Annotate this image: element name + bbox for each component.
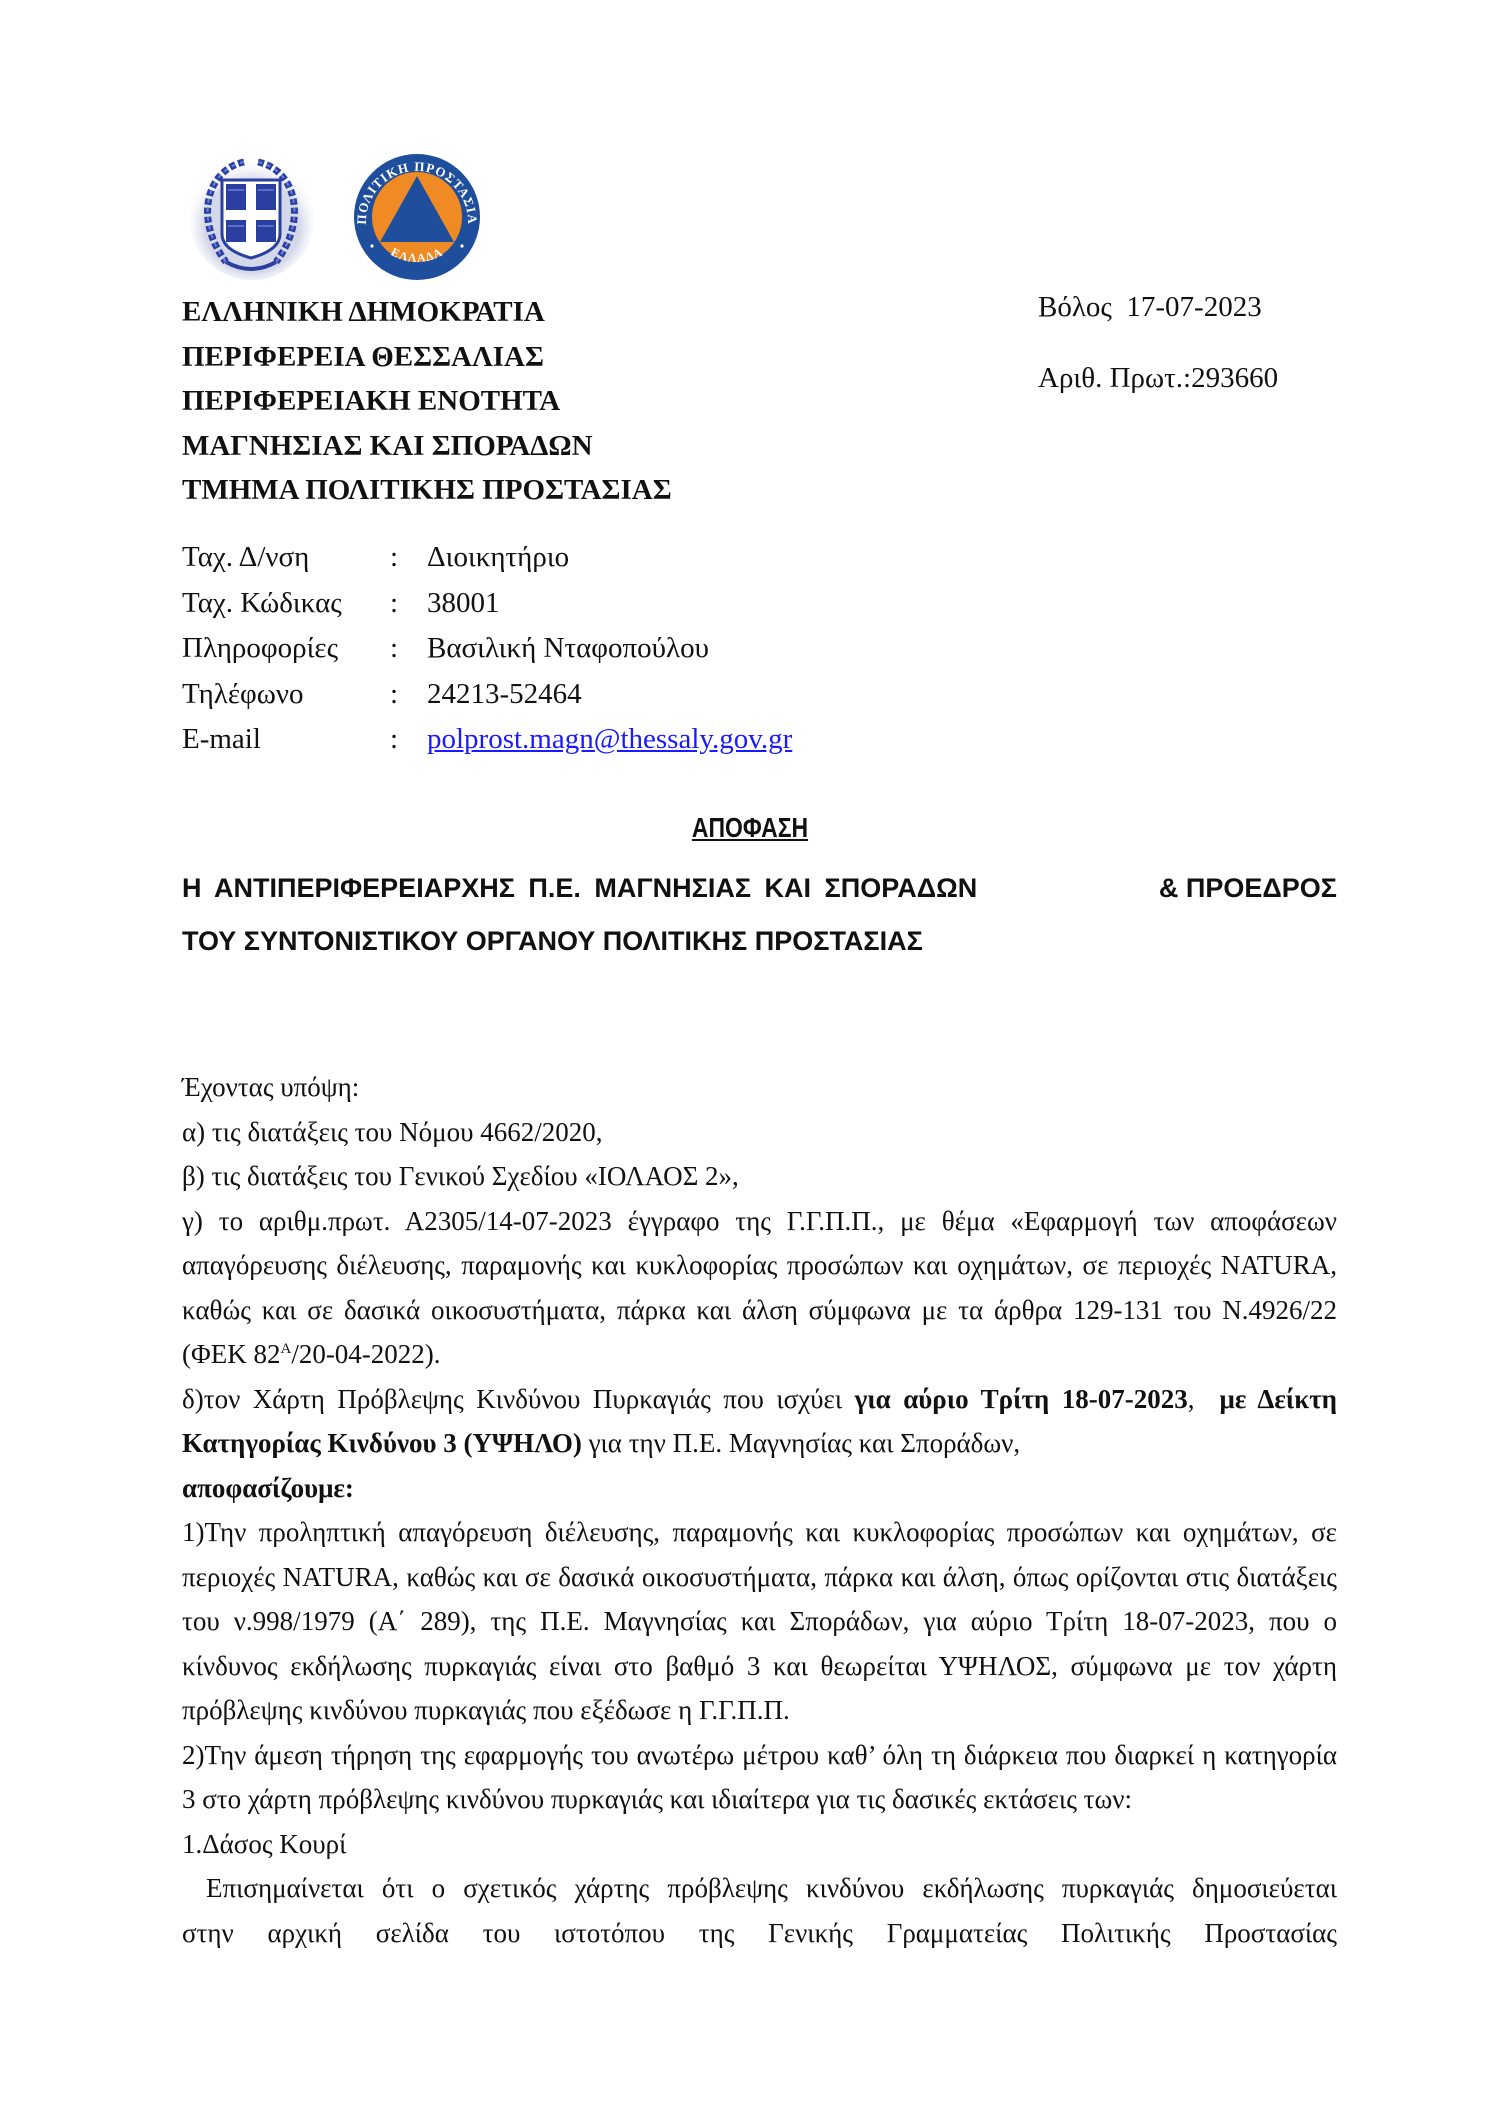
email-link[interactable]: polprost.magn@thessaly.gov.gr [427, 723, 792, 755]
contact-label: Πληροφορίες [182, 626, 390, 672]
header-line: ΠΕΡΙΦΕΡΕΙΑ ΘΕΣΣΑΛΙΑΣ [182, 335, 672, 380]
consideration-c-tail: /20-04-2022). [291, 1339, 440, 1369]
decision-label: αποφασίζουμε: [182, 1466, 1337, 1511]
header-line: ΕΛΛΗΝΙΚΗ ΔΗΜΟΚΡΑΤΙΑ [182, 290, 672, 335]
decision-item-1: 1)Την προληπτική απαγόρευση διέλευσης, π… [182, 1510, 1337, 1733]
consideration-d-text: δ)τον Χάρτη Πρόβλεψης Κινδύνου Πυρκαγιάς… [182, 1384, 855, 1414]
considering-intro: Έχοντας υπόψη: [182, 1065, 1337, 1110]
header-line: ΠΕΡΙΦΕΡΕΙΑΚΗ ΕΝΟΤΗΤΑ [182, 379, 672, 424]
contact-label: Τηλέφωνο [182, 672, 390, 718]
place-date: Βόλος 17-07-2023 [1038, 288, 1278, 326]
contact-value: 38001 [427, 581, 792, 627]
issuing-authority-header: ΕΛΛΗΝΙΚΗ ΔΗΜΟΚΡΑΤΙΑ ΠΕΡΙΦΕΡΕΙΑ ΘΕΣΣΑΛΙΑΣ… [182, 290, 672, 513]
contact-value: 24213-52464 [427, 672, 792, 718]
authority-line-1-left: Η ΑΝΤΙΠΕΡΙΦΕΡΕΙΑΡΧΗΣ Π.Ε. ΜΑΓΝΗΣΙΑΣ ΚΑΙ … [182, 862, 977, 915]
contact-row: Ταχ. Κώδικας : 38001 [182, 581, 792, 627]
decision-authority: Η ΑΝΤΙΠΕΡΙΦΕΡΕΙΑΡΧΗΣ Π.Ε. ΜΑΓΝΗΣΙΑΣ ΚΑΙ … [182, 862, 1337, 968]
consideration-d: δ)τον Χάρτη Πρόβλεψης Κινδύνου Πυρκαγιάς… [182, 1377, 1337, 1466]
separator: : [390, 672, 427, 718]
note-line-2: στην αρχική σελίδα του ιστοτόπου της Γεν… [182, 1911, 1337, 1956]
date-protocol-block: Βόλος 17-07-2023 Αριθ. Πρωτ.:293660 [1038, 288, 1278, 397]
header-line: ΜΑΓΝΗΣΙΑΣ ΚΑΙ ΣΠΟΡΑΔΩΝ [182, 424, 672, 469]
contact-row: Τηλέφωνο : 24213-52464 [182, 672, 792, 718]
contact-value: Διοικητήριο [427, 535, 792, 581]
consideration-a: α) τις διατάξεις του Νόμου 4662/2020, [182, 1110, 1337, 1155]
superscript: Α [280, 1341, 291, 1357]
authority-line-1: Η ΑΝΤΙΠΕΡΙΦΕΡΕΙΑΡΧΗΣ Π.Ε. ΜΑΓΝΗΣΙΑΣ ΚΑΙ … [182, 862, 1337, 915]
separator: : [390, 626, 427, 672]
note-line-1: Επισημαίνεται ότι ο σχετικός χάρτης πρόβ… [182, 1866, 1337, 1911]
contact-info-table: Ταχ. Δ/νση : Διοικητήριο Ταχ. Κώδικας : … [182, 535, 792, 763]
authority-line-2: ΤΟΥ ΣΥΝΤΟΝΙΣΤΙΚΟΥ ΟΡΓΑΝΟΥ ΠΟΛΙΤΙΚΗΣ ΠΡΟΣ… [182, 915, 1337, 968]
separator-text: , [1188, 1384, 1220, 1414]
header-line: ΤΜΗΜΑ ΠΟΛΙΤΙΚΗΣ ΠΡΟΣΤΑΣΙΑΣ [182, 468, 672, 513]
document-body: Έχοντας υπόψη: α) τις διατάξεις του Νόμο… [182, 1065, 1337, 1955]
separator: : [390, 717, 427, 763]
contact-label: Ταχ. Δ/νση [182, 535, 390, 581]
civil-protection-emblem-logo: ΠΟΛΙΤΙΚΗ ΠΡΟΣΤΑΣΙΑ ΕΛΛΑΔΑ [352, 152, 482, 282]
contact-label: E-mail [182, 717, 390, 763]
greek-coat-of-arms-logo [186, 150, 316, 282]
contact-label: Ταχ. Κώδικας [182, 581, 390, 627]
document-title: ΑΠΟΦΑΣΗ [135, 812, 1365, 844]
consideration-d-end: για την Π.Ε. Μαγνησίας και Σποράδων, [582, 1428, 1020, 1458]
separator: : [390, 581, 427, 627]
contact-row: E-mail : polprost.magn@thessaly.gov.gr [182, 717, 792, 763]
separator: : [390, 535, 427, 581]
highlight-date: για αύριο Τρίτη 18-07-2023 [855, 1384, 1188, 1414]
decision-item-2: 2)Την άμεση τήρηση της εφαρμογής του ανω… [182, 1733, 1337, 1822]
decision-label-text: αποφασίζουμε: [182, 1473, 354, 1503]
contact-row: Ταχ. Δ/νση : Διοικητήριο [182, 535, 792, 581]
consideration-b: β) τις διατάξεις του Γενικού Σχεδίου «ΙΟ… [182, 1154, 1337, 1199]
authority-line-1-right: & ΠΡΟΕΔΡΟΣ [1159, 862, 1337, 915]
protocol-number: Αριθ. Πρωτ.:293660 [1038, 359, 1278, 397]
forest-item-1: 1.Δάσος Κουρί [182, 1822, 1337, 1867]
consideration-c: γ) το αριθμ.πρωτ. Α2305/14-07-2023 έγγρα… [182, 1199, 1337, 1377]
contact-row: Πληροφορίες : Βασιλική Νταφοπούλου [182, 626, 792, 672]
contact-value: Βασιλική Νταφοπούλου [427, 626, 792, 672]
